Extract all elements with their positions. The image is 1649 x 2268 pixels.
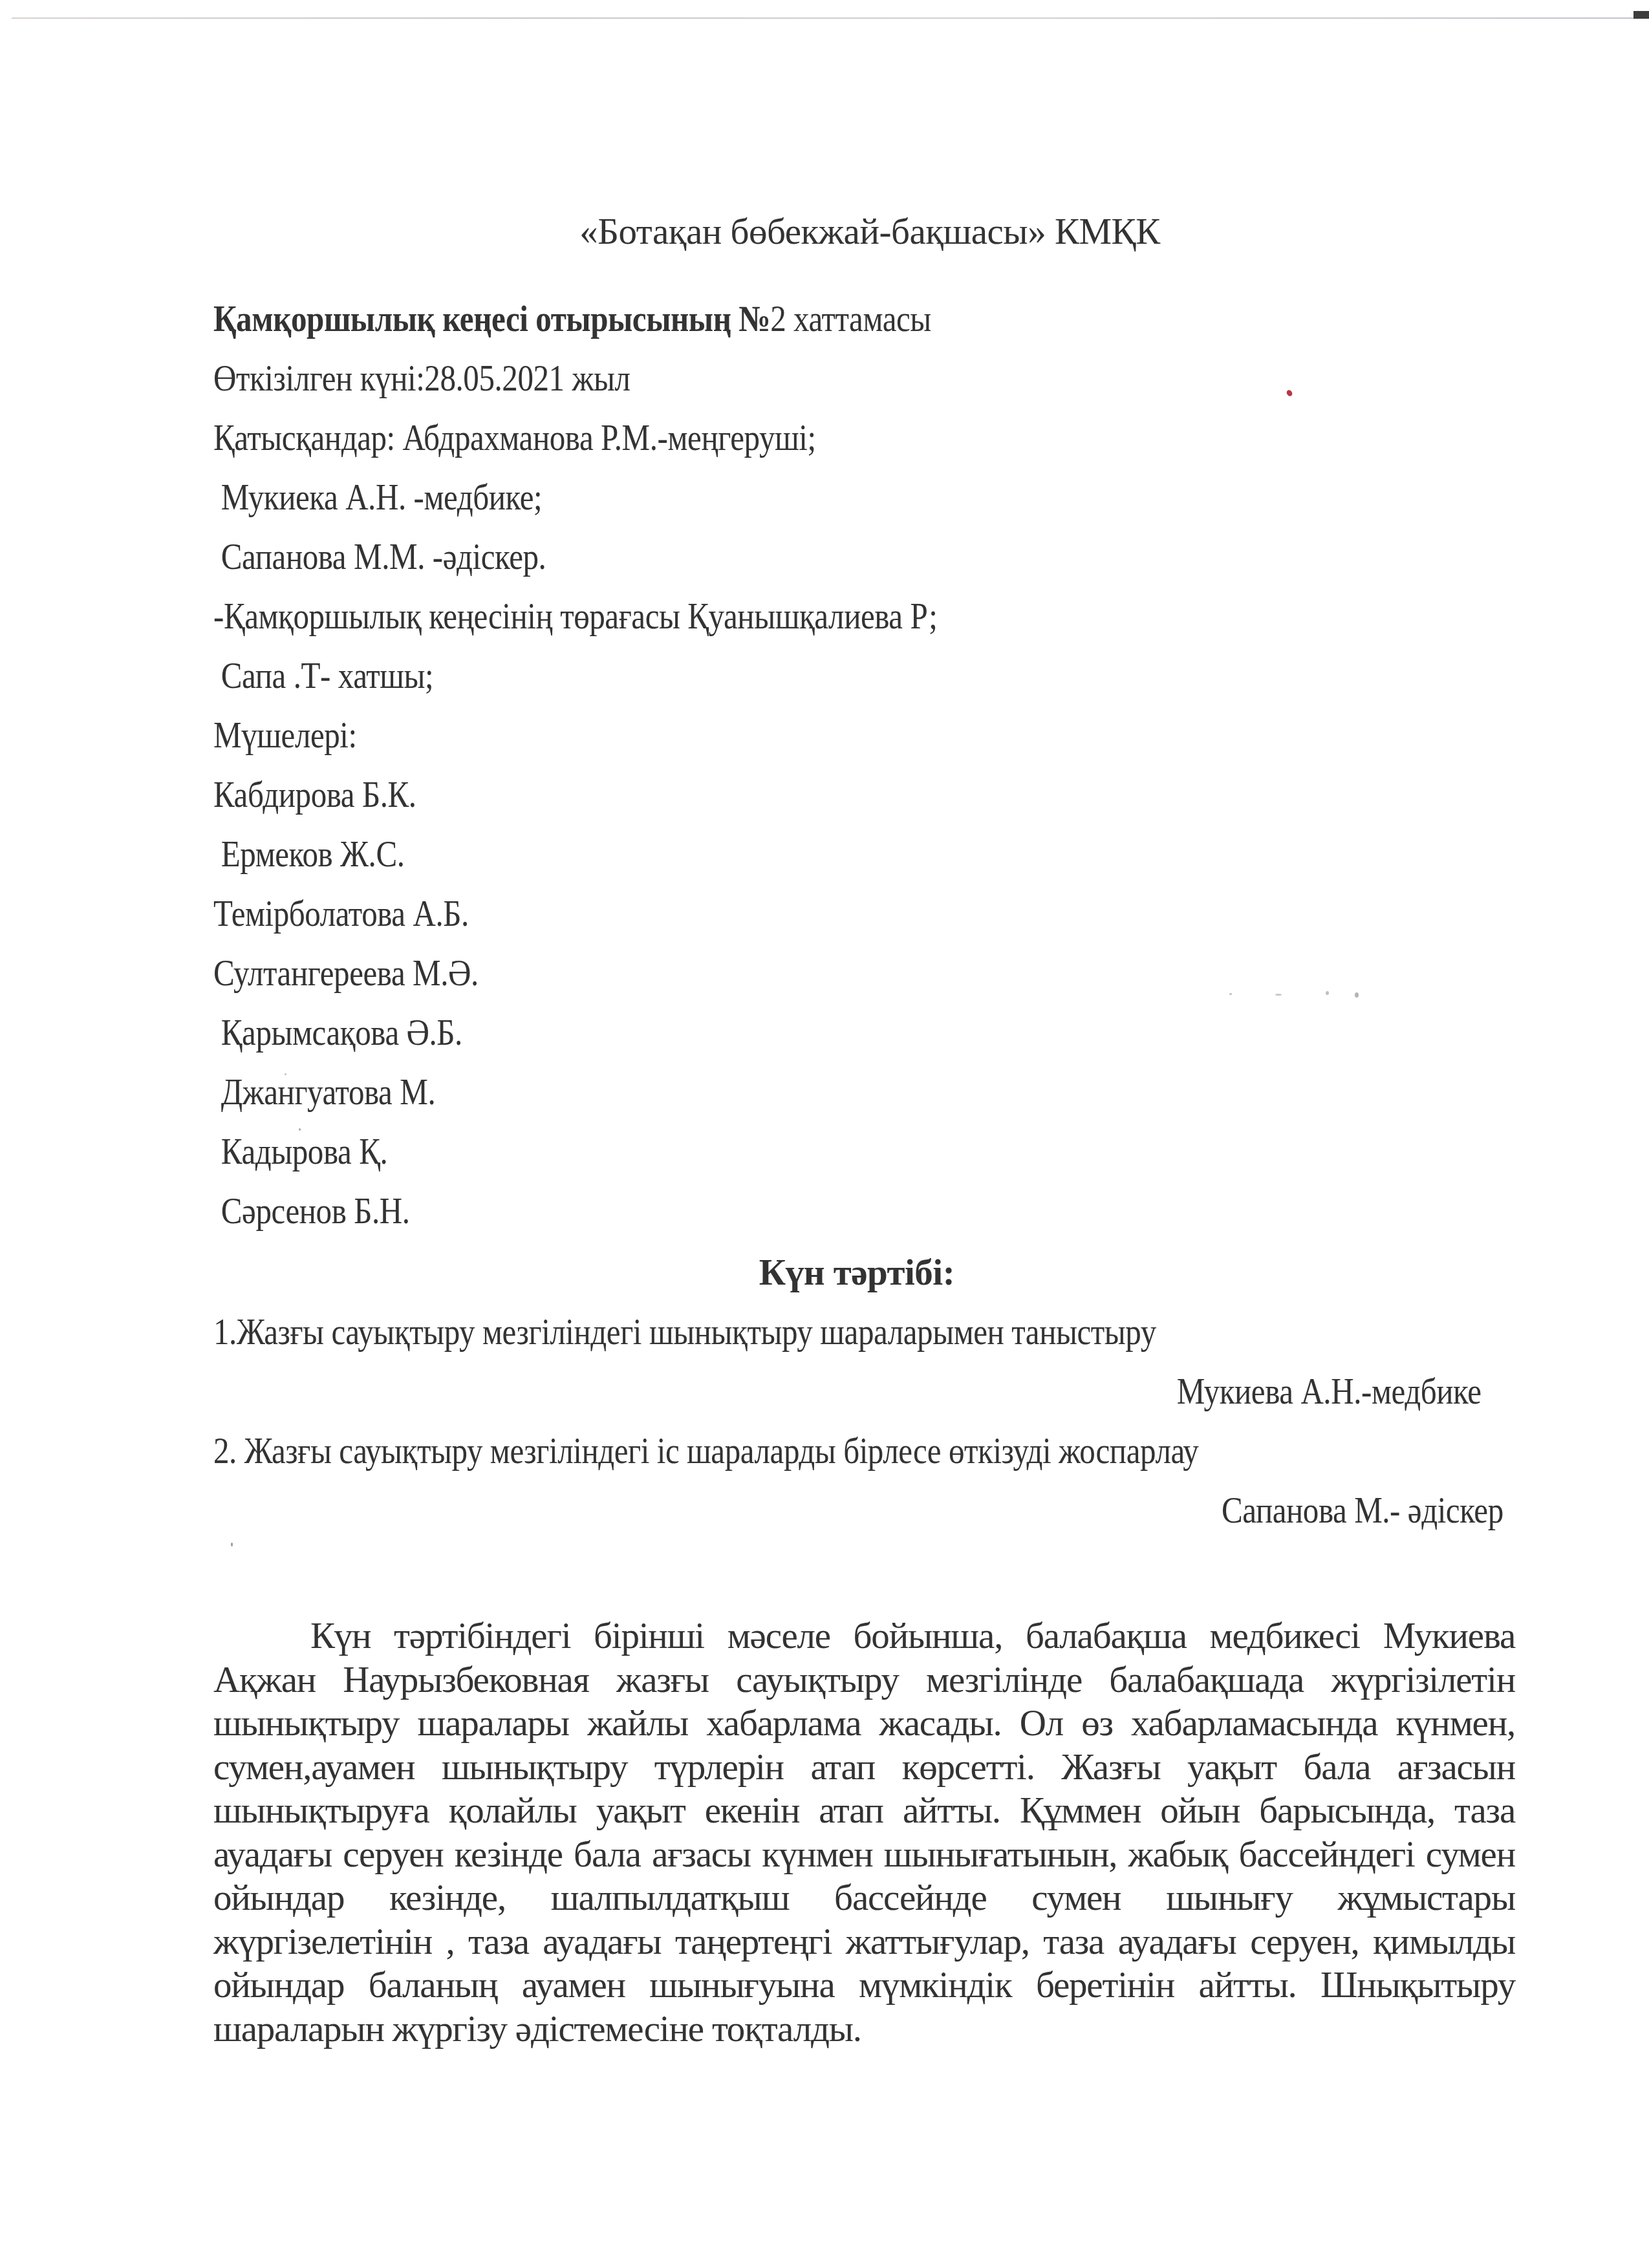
scan-noise <box>1355 992 1359 998</box>
discussion-paragraph: Күн тәртібіндегі бірінші мәселе бойынша,… <box>213 1614 1515 2051</box>
member-name: Темірболатова А.Б. <box>213 895 469 932</box>
council-chair: -Қамқоршылық кеңесінің төрағасы Қуанышқа… <box>213 598 937 635</box>
organization-title: «Ботақан бөбекжай-бақшасы» КМҚК <box>0 213 1649 250</box>
participants-label: Қатысқандар: Абдрахманова Р.М.-меңгеруші… <box>213 420 816 456</box>
member-name: Ермеков Ж.С. <box>213 836 405 873</box>
responsible-name: Мукиева А.Н.-медбике <box>1176 1373 1481 1410</box>
protocol-title: Қамқоршылық кеңесі отырысының №2 хаттама… <box>213 301 931 337</box>
scan-noise <box>1229 993 1232 995</box>
member-name: Сәрсенов Б.Н. <box>213 1193 410 1230</box>
agenda-item-1-responsible: Мукиева А.Н.-медбике <box>1127 1373 1481 1410</box>
scan-noise <box>1326 991 1329 995</box>
scan-noise <box>231 1543 233 1546</box>
member-name: Джангуатова М. <box>213 1074 435 1111</box>
member-name: Кабдирова Б.К. <box>213 776 416 813</box>
meeting-date: Өткізілген күні:28.05.2021 жыл <box>213 360 630 397</box>
agenda-item-2-responsible: Сапанова М.- әдіскер <box>1176 1492 1503 1529</box>
scan-noise <box>1275 994 1282 996</box>
agenda-item-2: 2. Жазғы сауықтыру мезгіліндегі іс шарал… <box>213 1433 1198 1470</box>
participant-staff: Мукиека А.Н. -медбике; <box>213 479 542 516</box>
member-name: Кадырова Қ. <box>213 1133 387 1170</box>
scan-corner-mark <box>1633 11 1649 19</box>
participant-staff: Сапанова М.М. -әдіскер. <box>213 539 546 575</box>
protocol-title-bold: Қамқоршылық кеңесі отырысының № <box>213 299 770 339</box>
council-secretary: Сапа .Т- хатшы; <box>213 658 433 694</box>
responsible-name: Сапанова М.- әдіскер <box>1222 1492 1503 1529</box>
scan-noise <box>299 1128 301 1131</box>
ink-speck <box>1286 389 1293 398</box>
scan-top-edge <box>12 17 1635 19</box>
member-name: Султангереева М.Ә. <box>213 955 479 992</box>
agenda-heading: Күн тәртібі: <box>0 1254 1649 1291</box>
members-label: Мүшелері: <box>213 717 357 754</box>
protocol-title-number: 2 хаттамасы <box>770 299 931 339</box>
member-name: Қарымсақова Ә.Б. <box>213 1014 462 1051</box>
agenda-item-1: 1.Жазғы сауықтыру мезгіліндегі шынықтыру… <box>213 1314 1156 1351</box>
